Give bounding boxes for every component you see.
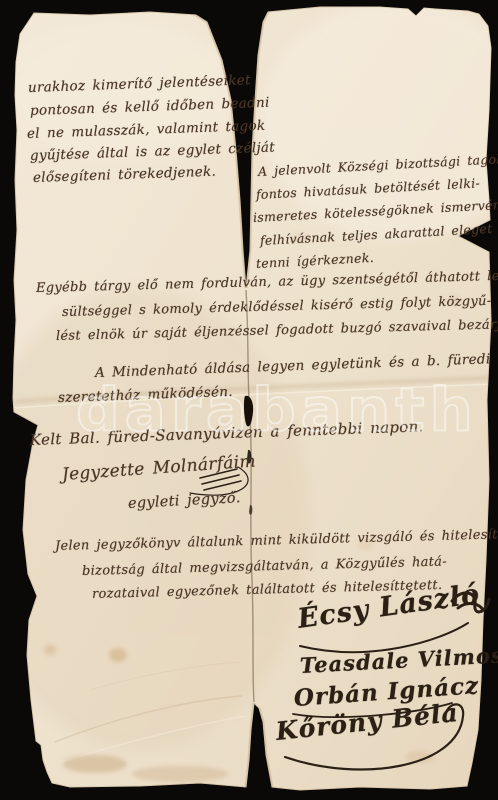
stain [109, 648, 127, 662]
photo-of-manuscript: urakhoz kimerítő jelentéseiket pontosan … [0, 0, 498, 800]
